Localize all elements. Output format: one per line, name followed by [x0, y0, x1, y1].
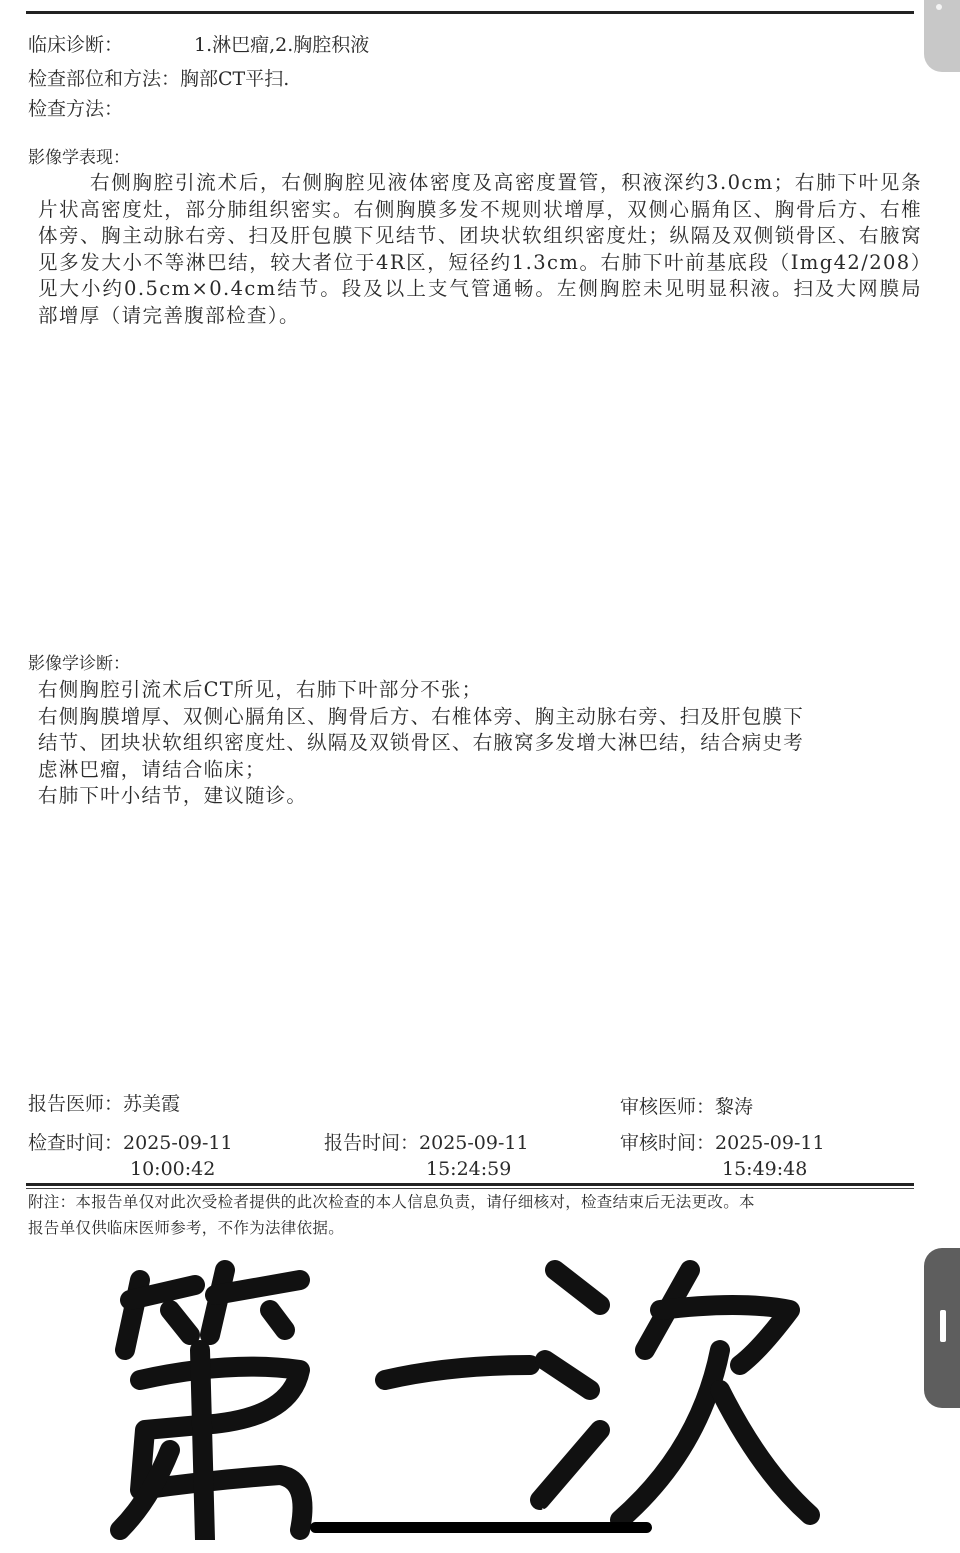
report-time-clock: 15:24:59 — [426, 1158, 511, 1180]
review-time-clock: 15:49:48 — [722, 1158, 807, 1180]
impression-line: 结节、团块状软组织密度灶、纵隔及双锁骨区、右腋窝多发增大淋巴结，结合病史考 — [38, 730, 922, 757]
cropped-header-text — [28, 0, 908, 4]
clinical-diagnosis-row: 临床诊断：1.淋巴瘤,2.胸腔积液 — [28, 32, 369, 58]
exam-site-row: 检查部位和方法：胸部CT平扫. — [28, 66, 289, 92]
exam-time: 检查时间：2025-09-11 10:00:42 — [28, 1130, 233, 1182]
reviewing-doctor: 审核医师：黎涛 — [620, 1094, 753, 1120]
report-time-date: 2025-09-11 — [419, 1132, 529, 1154]
clinical-diagnosis-label: 临床诊断： — [28, 32, 194, 58]
reporting-doctor-label: 报告医师： — [28, 1093, 123, 1115]
handwritten-annotation-first-time: 第一次 — [0, 1240, 960, 1540]
clinical-diagnosis-value: 1.淋巴瘤,2.胸腔积液 — [194, 32, 369, 58]
dot-icon — [936, 4, 942, 10]
exam-site-value: 胸部CT平扫. — [180, 66, 289, 92]
footer-divider-thick — [26, 1183, 914, 1186]
disclaimer-line: 报告单仅供临床医师参考，不作为法律依据。 — [28, 1215, 918, 1241]
side-handle-top[interactable] — [924, 0, 960, 72]
review-time: 审核时间：2025-09-11 15:49:48 — [620, 1130, 825, 1182]
impression-line: 右侧胸腔引流术后CT所见，右肺下叶部分不张； — [38, 677, 922, 704]
disclaimer-note: 附注：本报告单仅对此次受检者提供的此次检查的本人信息负责，请仔细核对，检查结束后… — [28, 1189, 918, 1241]
disclaimer-line: 附注：本报告单仅对此次受检者提供的此次检查的本人信息负责，请仔细核对，检查结束后… — [28, 1189, 918, 1215]
exam-time-date: 2025-09-11 — [123, 1132, 233, 1154]
exam-time-label: 检查时间： — [28, 1132, 123, 1154]
impression-title: 影像学诊断： — [28, 653, 130, 675]
findings-title: 影像学表现： — [28, 147, 130, 169]
watermark: @我是老 — [476, 1500, 596, 1540]
reporting-doctor: 报告医师：苏美霞 — [28, 1091, 180, 1117]
exam-method-row: 检查方法： — [28, 96, 123, 122]
impression-line: 右侧胸膜增厚、双侧心膈角区、胸骨后方、右椎体旁、胸主动脉右旁、扫及肝包膜下 — [38, 704, 922, 731]
findings-text: 右侧胸腔引流术后，右侧胸腔见液体密度及高密度置管，积液深约3.0cm；右肺下叶见… — [38, 170, 922, 330]
reviewing-doctor-name: 黎涛 — [715, 1096, 753, 1118]
impression-line: 右肺下叶小结节，建议随诊。 — [38, 783, 922, 810]
exam-time-clock: 10:00:42 — [130, 1158, 215, 1180]
report-time: 报告时间：2025-09-11 15:24:59 — [324, 1130, 529, 1182]
home-indicator[interactable] — [310, 1522, 652, 1533]
reporting-doctor-name: 苏美霞 — [123, 1093, 180, 1115]
reviewing-doctor-label: 审核医师： — [620, 1096, 715, 1118]
exam-method-label: 检查方法： — [28, 96, 123, 122]
impression-line: 虑淋巴瘤，请结合临床； — [38, 757, 922, 784]
impression-text: 右侧胸腔引流术后CT所见，右肺下叶部分不张； 右侧胸膜增厚、双侧心膈角区、胸骨后… — [38, 677, 922, 810]
report-time-label: 报告时间： — [324, 1132, 419, 1154]
header-divider — [26, 11, 914, 14]
review-time-date: 2025-09-11 — [715, 1132, 825, 1154]
exam-site-label: 检查部位和方法： — [28, 66, 180, 92]
review-time-label: 审核时间： — [620, 1132, 715, 1154]
